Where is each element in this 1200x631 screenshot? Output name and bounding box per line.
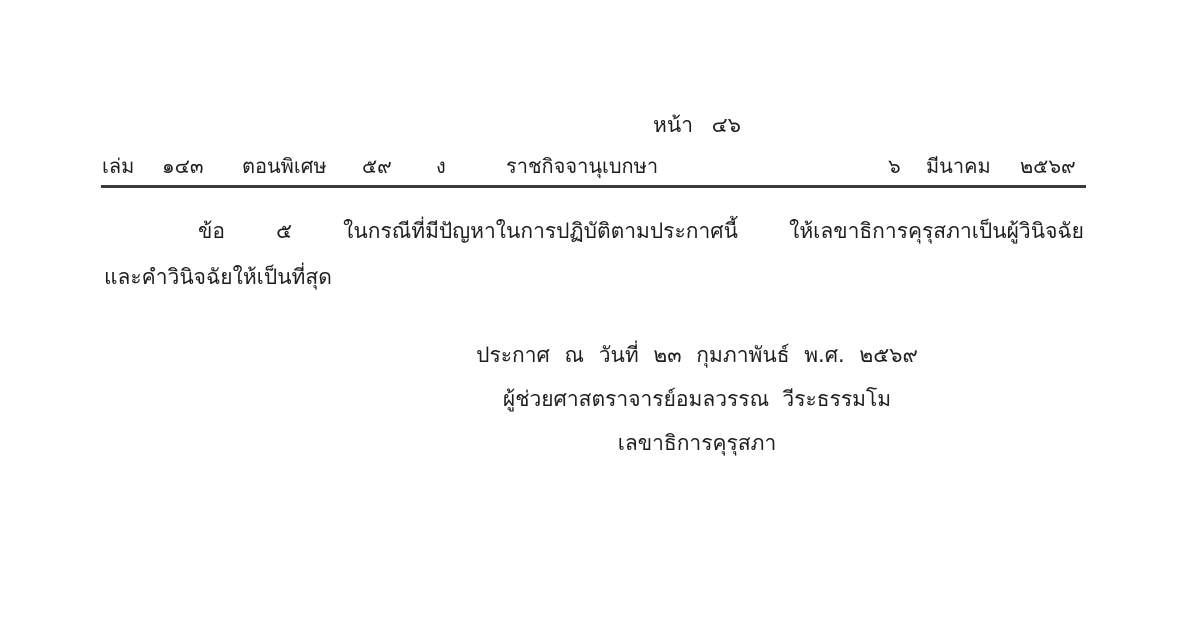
volume-label: เล่ม: [102, 150, 134, 182]
at-label: ณ: [565, 343, 584, 367]
signatory-title: เลขาธิการคุรุสภา: [400, 421, 994, 465]
page-number-label: หน้า: [653, 113, 693, 137]
section-label: ตอนพิเศษ: [242, 150, 327, 182]
date-day: ๖: [888, 150, 901, 182]
announcement-month: กุมภาพันธ์: [696, 343, 789, 367]
page-number-value: ๔๖: [712, 113, 741, 137]
date-month: มีนาคม: [926, 150, 991, 182]
clause-text-part2: ให้เลขาธิการคุรุสภาเป็นผู้วินิจฉัย: [789, 208, 1084, 254]
clause-label: ข้อ: [198, 208, 225, 254]
section-letter: ง: [436, 150, 446, 182]
announced-label: ประกาศ: [476, 343, 550, 367]
page-number: หน้า ๔๖: [0, 110, 1200, 140]
gazette-header: เล่ม ๑๔๓ ตอนพิเศษ ๕๙ ง ราชกิจจานุเบกษา ๖…: [100, 150, 1086, 182]
clause-number: ๕: [276, 208, 292, 254]
signature-block: ประกาศ ณ วันที่ ๒๓ กุมภาพันธ์ พ.ศ. ๒๕๖๙ …: [400, 333, 994, 465]
announcement-era: พ.ศ.: [804, 343, 845, 367]
signatory-name: ผู้ช่วยศาสตราจารย์อมลวรรณ วีระธรรมโม: [400, 377, 994, 421]
date-label: วันที่: [599, 343, 639, 367]
clause-line-2: และคำวินิจฉัยให้เป็นที่สุด: [104, 254, 1084, 300]
clause-text-part1: ในกรณีที่มีปัญหาในการปฏิบัติตามประกาศนี้: [343, 208, 738, 254]
header-divider: [101, 185, 1086, 188]
announcement-year: ๒๕๖๙: [859, 343, 917, 367]
publication-name: ราชกิจจานุเบกษา: [506, 150, 658, 182]
date-year: ๒๕๖๙: [1020, 150, 1076, 182]
section-number: ๕๙: [362, 150, 392, 182]
announcement-date: ประกาศ ณ วันที่ ๒๓ กุมภาพันธ์ พ.ศ. ๒๕๖๙: [400, 333, 994, 377]
volume-number: ๑๔๓: [162, 150, 204, 182]
clause-line-1: ข้อ ๕ ในกรณีที่มีปัญหาในการปฏิบัติตามประ…: [104, 208, 1084, 254]
gazette-page: หน้า ๔๖ เล่ม ๑๔๓ ตอนพิเศษ ๕๙ ง ราชกิจจาน…: [0, 0, 1200, 631]
announcement-day: ๒๓: [653, 343, 681, 367]
clause-5: ข้อ ๕ ในกรณีที่มีปัญหาในการปฏิบัติตามประ…: [104, 208, 1084, 300]
